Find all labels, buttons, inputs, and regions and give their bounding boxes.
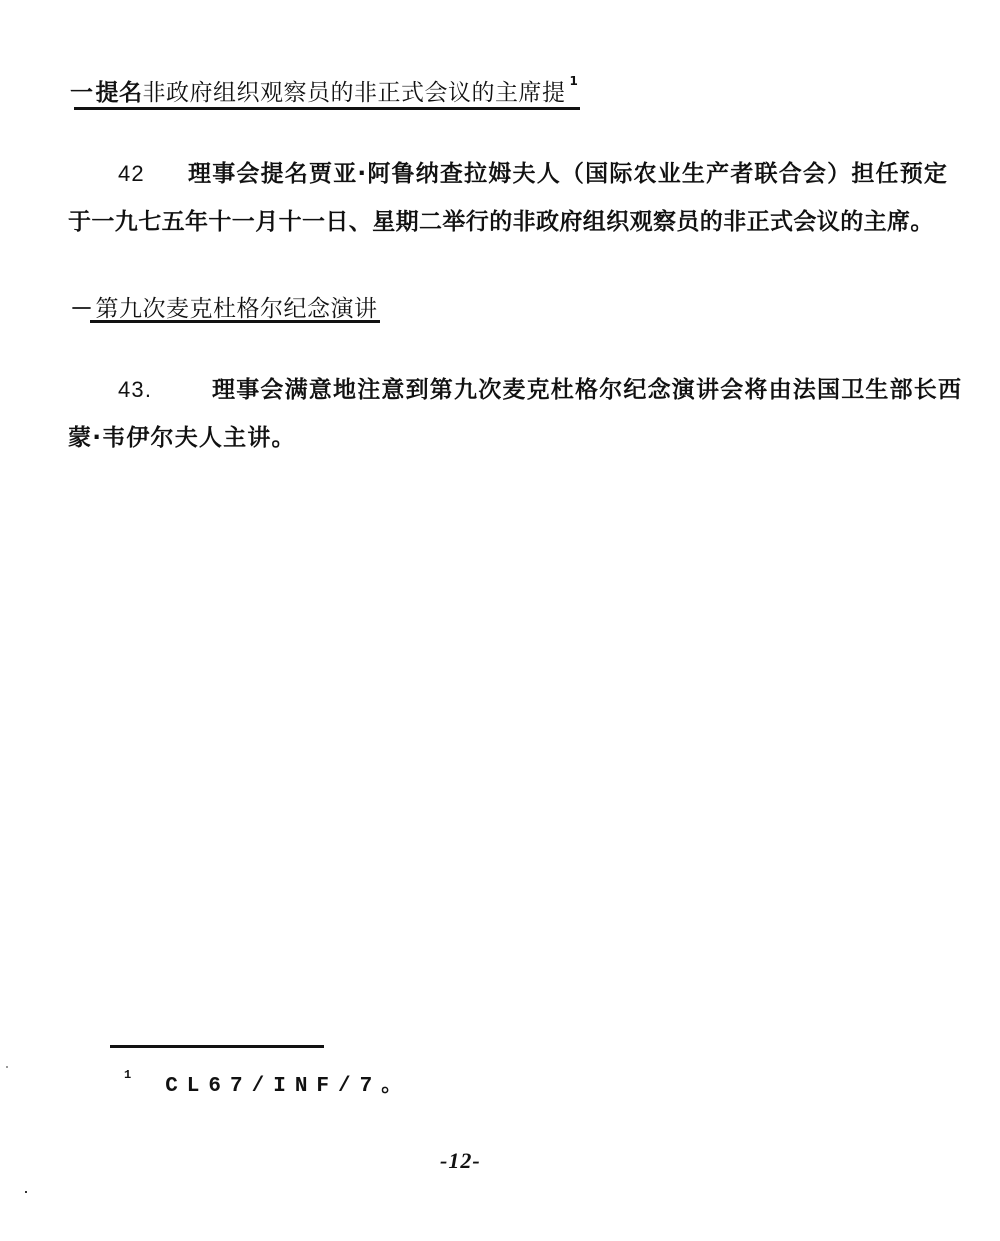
heading-bold-part: 提名 [96, 80, 143, 106]
footnote: 1CL67/INF/7。 [124, 1068, 411, 1098]
paragraph-line: 42理事会提名贾亚·阿鲁纳查拉姆夫人（国际农业生产者联合会）担任预定 [68, 150, 968, 198]
scan-speck [6, 1066, 8, 1068]
footnote-separator [110, 1045, 324, 1048]
heading-dash: － [70, 296, 94, 322]
heading-dash: 一 [70, 80, 94, 106]
footnote-marker: 1 [124, 1068, 131, 1082]
footnote-reference: CL67/INF/7。 [165, 1075, 411, 1098]
paragraph-42: 42理事会提名贾亚·阿鲁纳查拉姆夫人（国际农业生产者联合会）担任预定 于一九七五… [68, 150, 968, 246]
scan-speck [25, 1191, 27, 1193]
footnote-marker: 1 [570, 74, 579, 88]
paragraph-43: 43.理事会满意地注意到第九次麦克杜格尔纪念演讲会将由法国卫生部长西 蒙·韦伊尔… [68, 366, 968, 462]
document-page: 一提名非政府组织观察员的非正式会议的主席提1 42理事会提名贾亚·阿鲁纳查拉姆夫… [0, 0, 1000, 1241]
paragraph-text: 理事会满意地注意到第九次麦克杜格尔纪念演讲会将由法国卫生部长西 [212, 377, 962, 403]
paragraph-line: 蒙·韦伊尔夫人主讲。 [68, 414, 968, 462]
paragraph-text: 理事会提名贾亚·阿鲁纳查拉姆夫人（国际农业生产者联合会）担任预定 [188, 161, 948, 187]
section-heading-lecture: －第九次麦克杜格尔纪念演讲 [70, 290, 378, 323]
heading-underline [90, 320, 380, 323]
page-number: -12- [440, 1148, 481, 1174]
heading-text: 第九次麦克杜格尔纪念演讲 [96, 296, 378, 322]
paragraph-number: 42 [118, 150, 188, 198]
paragraph-line: 于一九七五年十一月十一日、星期二举行的非政府组织观察员的非正式会议的主席。 [68, 198, 968, 246]
heading-underline [74, 107, 580, 110]
paragraph-number: 43. [118, 366, 212, 414]
paragraph-line: 43.理事会满意地注意到第九次麦克杜格尔纪念演讲会将由法国卫生部长西 [68, 366, 968, 414]
section-heading-nomination: 一提名非政府组织观察员的非正式会议的主席提1 [70, 74, 578, 107]
heading-text: 非政府组织观察员的非正式会议的主席提 [143, 80, 566, 106]
